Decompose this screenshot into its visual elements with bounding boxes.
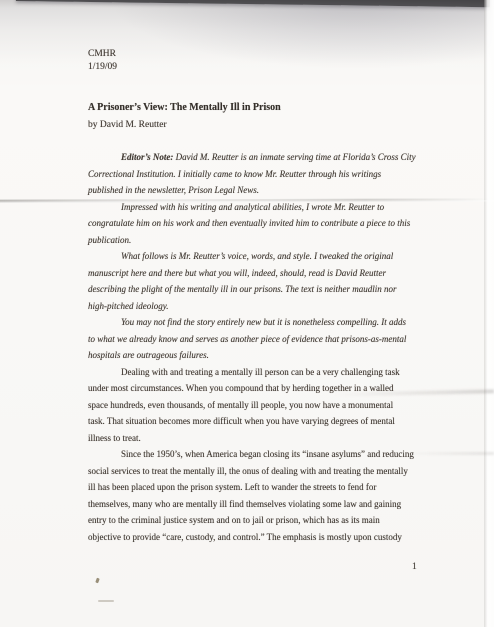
editor-note-paragraph: You may not find the story entirely new … xyxy=(88,314,490,364)
organization-abbreviation: CMHR xyxy=(88,48,490,61)
body-paragraph: Since the 1950’s, when America began clo… xyxy=(88,446,490,545)
pencil-mark xyxy=(98,600,114,602)
article-body: Dealing with and treating a mentally ill… xyxy=(88,364,490,546)
page-number: 1 xyxy=(412,562,417,572)
doc-title: A Prisoner’s View: The Mentally Ill in P… xyxy=(88,101,490,115)
ink-smudge xyxy=(95,578,100,584)
editor-note-paragraph: Impressed with his writing and analytica… xyxy=(88,199,490,249)
editor-note-label: Editor’s Note: xyxy=(121,152,173,162)
doc-date: 1/19/09 xyxy=(88,61,490,74)
editor-note: Editor’s Note: David M. Reutter is an in… xyxy=(88,149,490,364)
body-paragraph: Dealing with and treating a mentally ill… xyxy=(88,364,490,447)
byline: by David M. Reutter xyxy=(88,118,490,132)
doc-header: CMHR 1/19/09 xyxy=(88,0,490,73)
document-content: CMHR 1/19/09 A Prisoner’s View: The Ment… xyxy=(88,0,490,545)
editor-note-paragraph: What follows is Mr. Reutter’s voice, wor… xyxy=(88,248,490,314)
scanned-page: CMHR 1/19/09 A Prisoner’s View: The Ment… xyxy=(0,0,494,627)
editor-note-paragraph: Editor’s Note: David M. Reutter is an in… xyxy=(88,149,490,199)
